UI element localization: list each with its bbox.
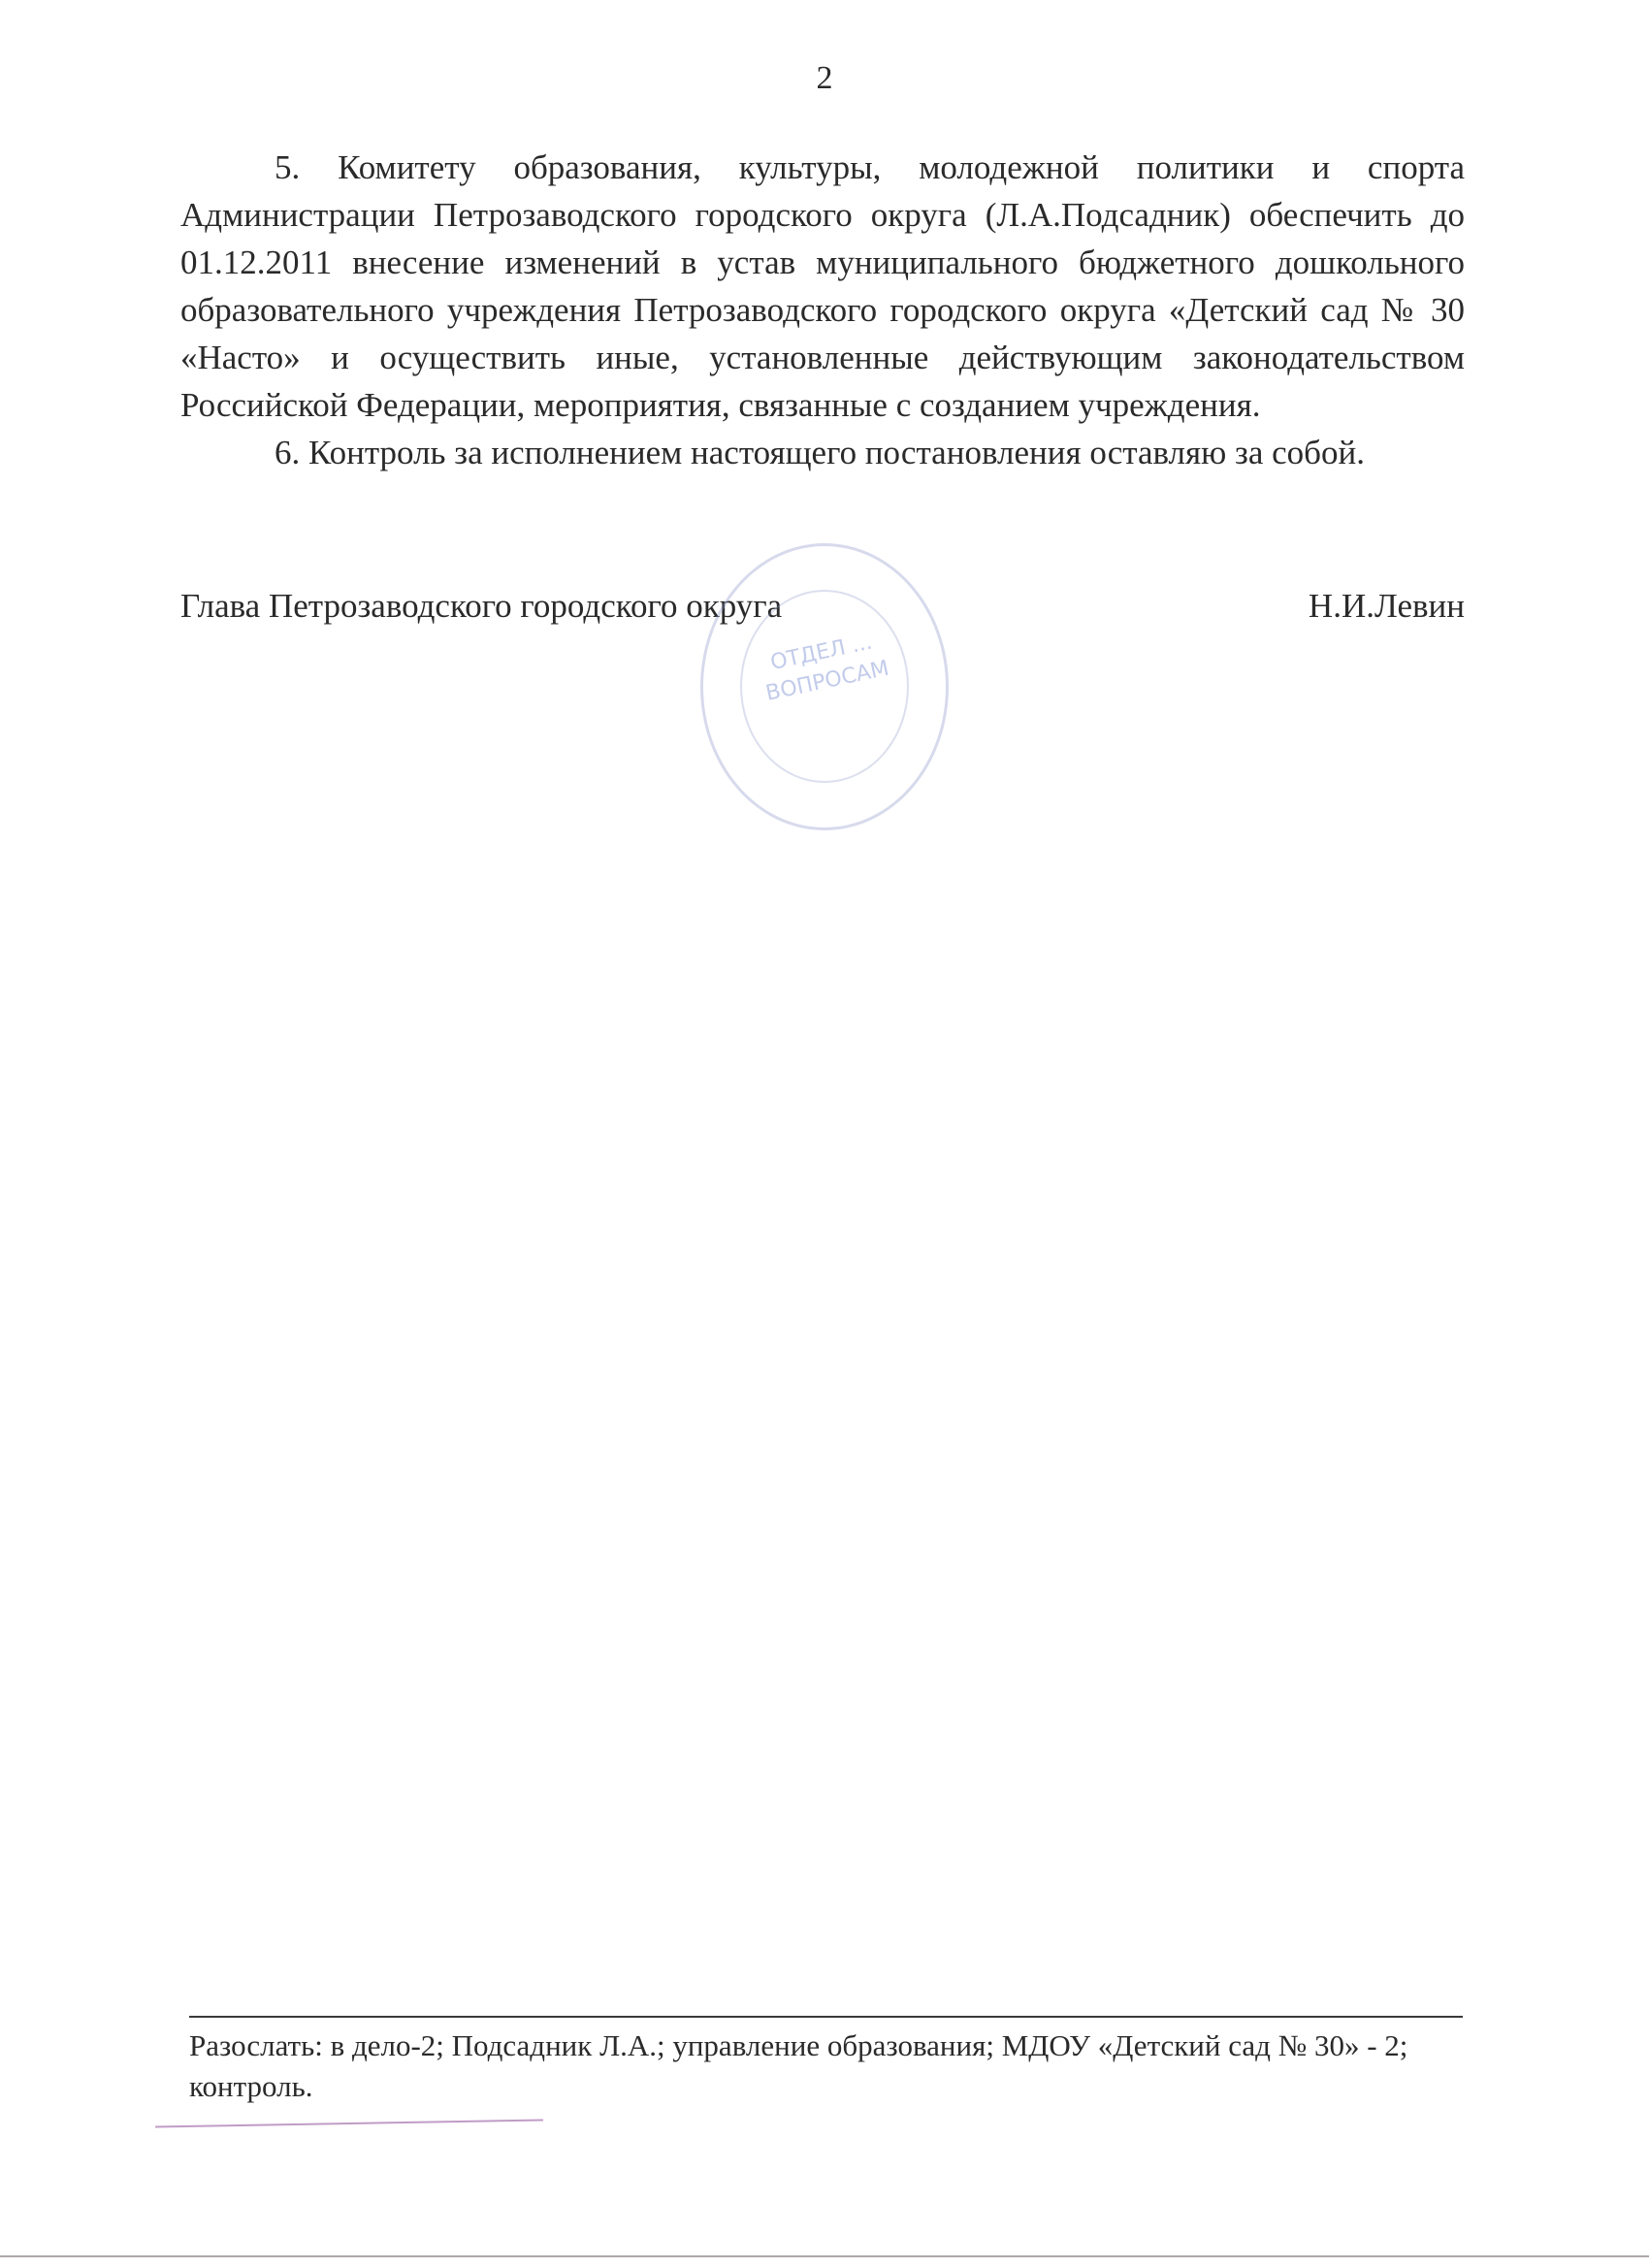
footer-divider	[189, 2016, 1463, 2018]
paragraph-5: 5. Комитету образования, культуры, молод…	[180, 144, 1465, 429]
pen-mark	[155, 2120, 543, 2128]
page-edge-line	[0, 2255, 1649, 2257]
signatory-name: Н.И.Левин	[1309, 582, 1465, 630]
paragraph-6: 6. Контроль за исполнением настоящего по…	[180, 429, 1465, 476]
page-number: 2	[0, 60, 1649, 97]
distribution-list: Разослать: в дело-2; Подсадник Л.А.; упр…	[189, 2025, 1470, 2107]
official-stamp-icon: ОТДЕЛ ... ВОПРОСАМ	[700, 543, 949, 830]
signatory-position: Глава Петрозаводского городского округа	[180, 582, 782, 630]
document-body: 5. Комитету образования, культуры, молод…	[180, 144, 1465, 476]
